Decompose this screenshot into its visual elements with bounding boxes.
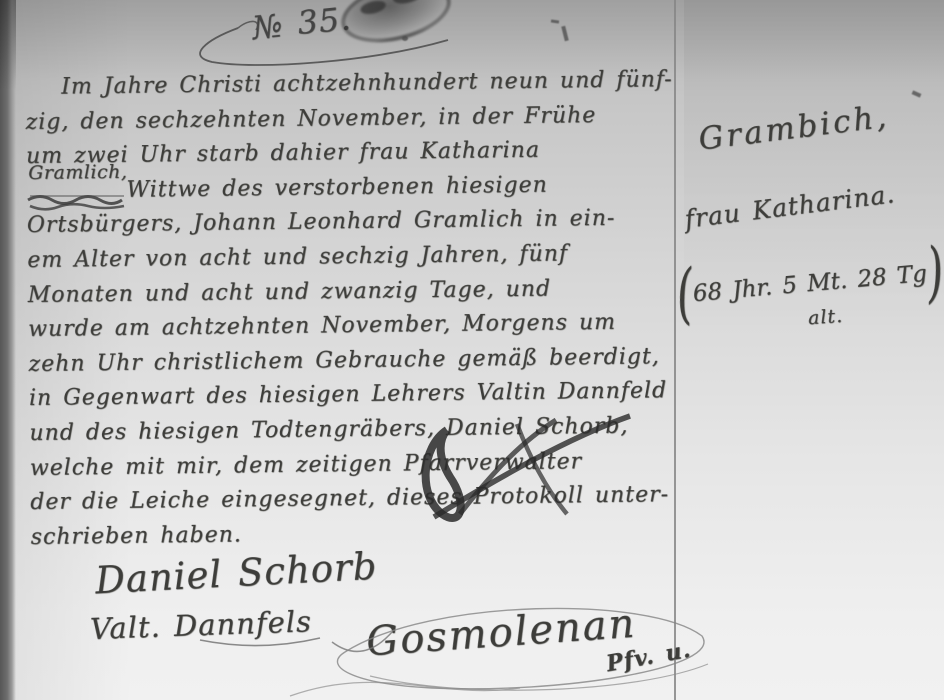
body-line-rest: Wittwe des verstorbenen hiesigen xyxy=(126,172,548,202)
document-scan: № 35. Im Jahre Christi achtzehnhundert n… xyxy=(0,0,944,700)
ink-speck xyxy=(402,36,408,41)
stamp-ink-blob xyxy=(359,0,387,16)
scan-edge-shadow xyxy=(0,0,16,700)
inserted-word: Gramlich, xyxy=(28,161,127,184)
struck-out-word-icon xyxy=(26,183,126,198)
stamp-ink-blob xyxy=(391,0,423,6)
signature-witness-2: Valt. Dannfels xyxy=(89,604,312,646)
margin-alt-label: alt. xyxy=(807,305,844,329)
signature-pastor: Gosmolenan xyxy=(365,601,638,666)
record-body-text: Im Jahre Christi achtzehnhundert neun un… xyxy=(25,67,679,559)
